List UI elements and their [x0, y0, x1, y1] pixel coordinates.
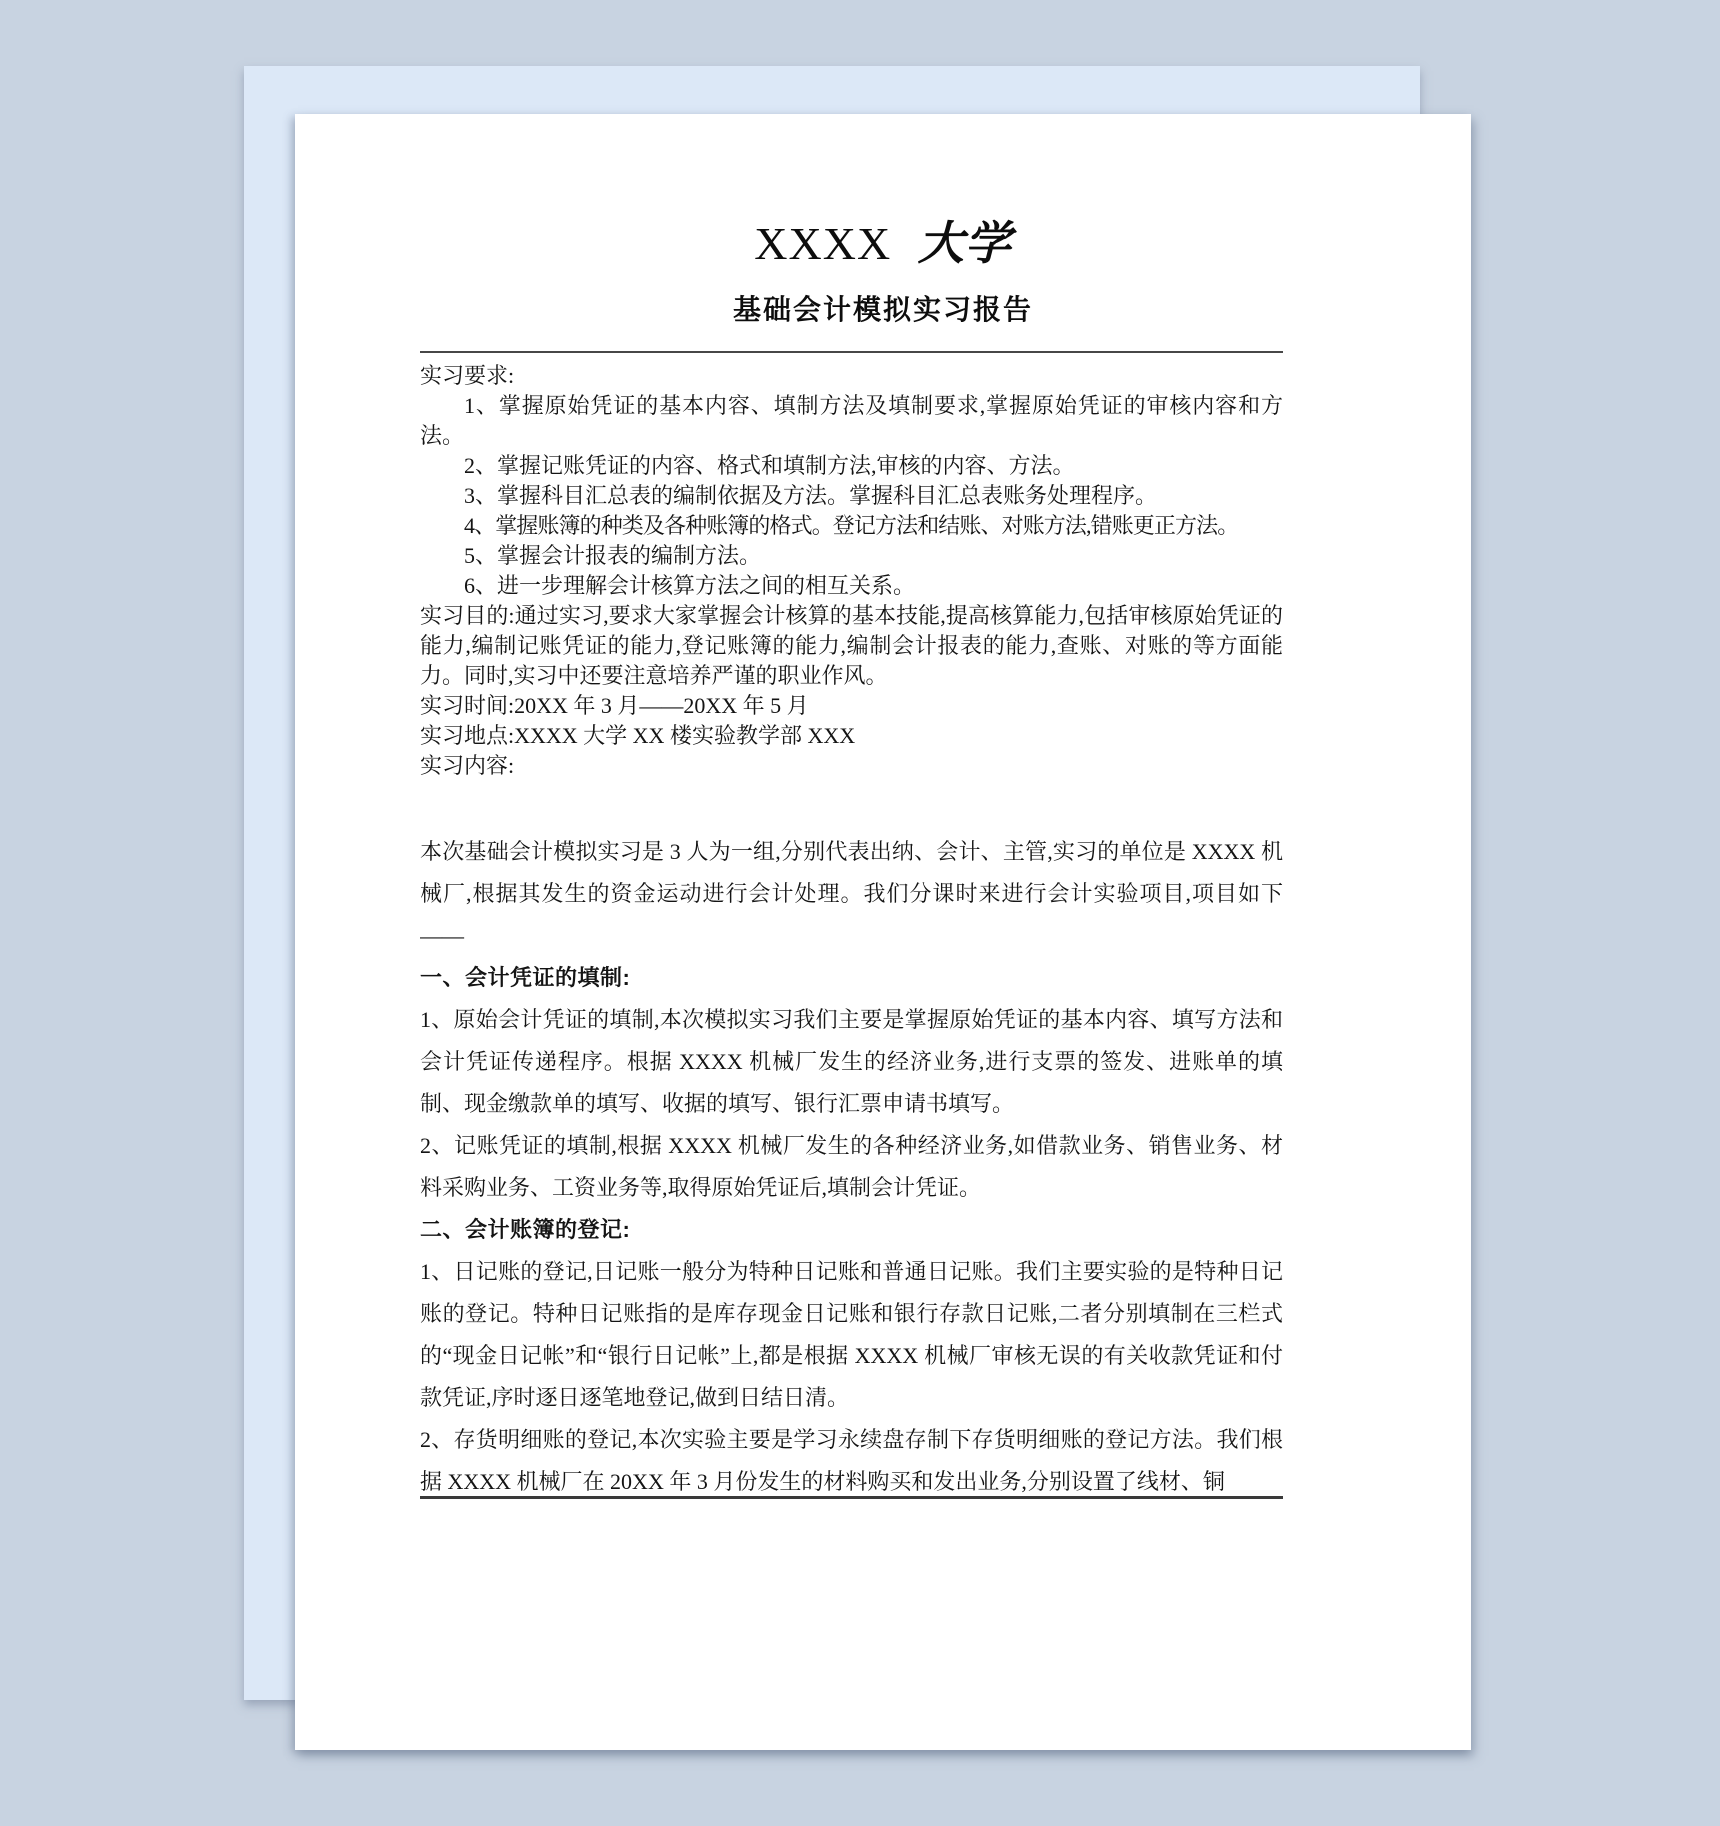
- doc-title: XXXX 大学: [295, 216, 1471, 271]
- loose-paragraph-block: 本次基础会计模拟实习是 3 人为一组,分别代表出纳、会计、主管,实习的单位是 X…: [420, 831, 1283, 1499]
- paragraph: 1、原始会计凭证的填制,本次模拟实习我们主要是掌握原始凭证的基本内容、填写方法和…: [420, 999, 1283, 1125]
- paragraph: 实习内容:: [420, 751, 1283, 781]
- paragraph: 4、掌握账簿的种类及各种账簿的格式。登记方法和结账、对账方法,错账更正方法。: [420, 511, 1283, 541]
- doc-title-script: 大学: [918, 216, 1012, 270]
- paragraph: 1、掌握原始凭证的基本内容、填制方法及填制要求,掌握原始凭证的审核内容和方法。: [420, 391, 1283, 451]
- doc-title-latin: XXXX: [754, 218, 891, 269]
- paragraph: 实习目的:通过实习,要求大家掌握会计核算的基本技能,提高核算能力,包括审核原始凭…: [420, 601, 1283, 691]
- paragraph: 3、掌握科目汇总表的编制依据及方法。掌握科目汇总表账务处理程序。: [420, 481, 1283, 511]
- paragraph: 实习地点:XXXX 大学 XX 楼实验教学部 XXX: [420, 721, 1283, 751]
- paragraph: 一、会计凭证的填制:: [420, 957, 1283, 999]
- content-frame: 实习要求:1、掌握原始凭证的基本内容、填制方法及填制要求,掌握原始凭证的审核内容…: [420, 351, 1283, 1499]
- paragraph: 5、掌握会计报表的编制方法。: [420, 541, 1283, 571]
- paragraph: 6、进一步理解会计核算方法之间的相互关系。: [420, 571, 1283, 601]
- paragraph: 实习要求:: [420, 361, 1283, 391]
- dense-paragraph-block: 实习要求:1、掌握原始凭证的基本内容、填制方法及填制要求,掌握原始凭证的审核内容…: [420, 361, 1283, 781]
- paper-sheet: XXXX 大学 基础会计模拟实习报告 实习要求:1、掌握原始凭证的基本内容、填制…: [295, 114, 1471, 1750]
- paragraph: 本次基础会计模拟实习是 3 人为一组,分别代表出纳、会计、主管,实习的单位是 X…: [420, 831, 1283, 957]
- paragraph: 2、存货明细账的登记,本次实验主要是学习永续盘存制下存货明细账的登记方法。我们根…: [420, 1419, 1283, 1499]
- doc-subtitle: 基础会计模拟实习报告: [295, 293, 1471, 327]
- paragraph: 1、日记账的登记,日记账一般分为特种日记账和普通日记账。我们主要实验的是特种日记…: [420, 1251, 1283, 1419]
- paragraph: 2、掌握记账凭证的内容、格式和填制方法,审核的内容、方法。: [420, 451, 1283, 481]
- paragraph: 实习时间:20XX 年 3 月——20XX 年 5 月: [420, 691, 1283, 721]
- paragraph: 2、记账凭证的填制,根据 XXXX 机械厂发生的各种经济业务,如借款业务、销售业…: [420, 1125, 1283, 1209]
- page-background: { "canvas": { "background_color": "#c8d3…: [0, 0, 1720, 1826]
- paragraph: 二、会计账簿的登记:: [420, 1209, 1283, 1251]
